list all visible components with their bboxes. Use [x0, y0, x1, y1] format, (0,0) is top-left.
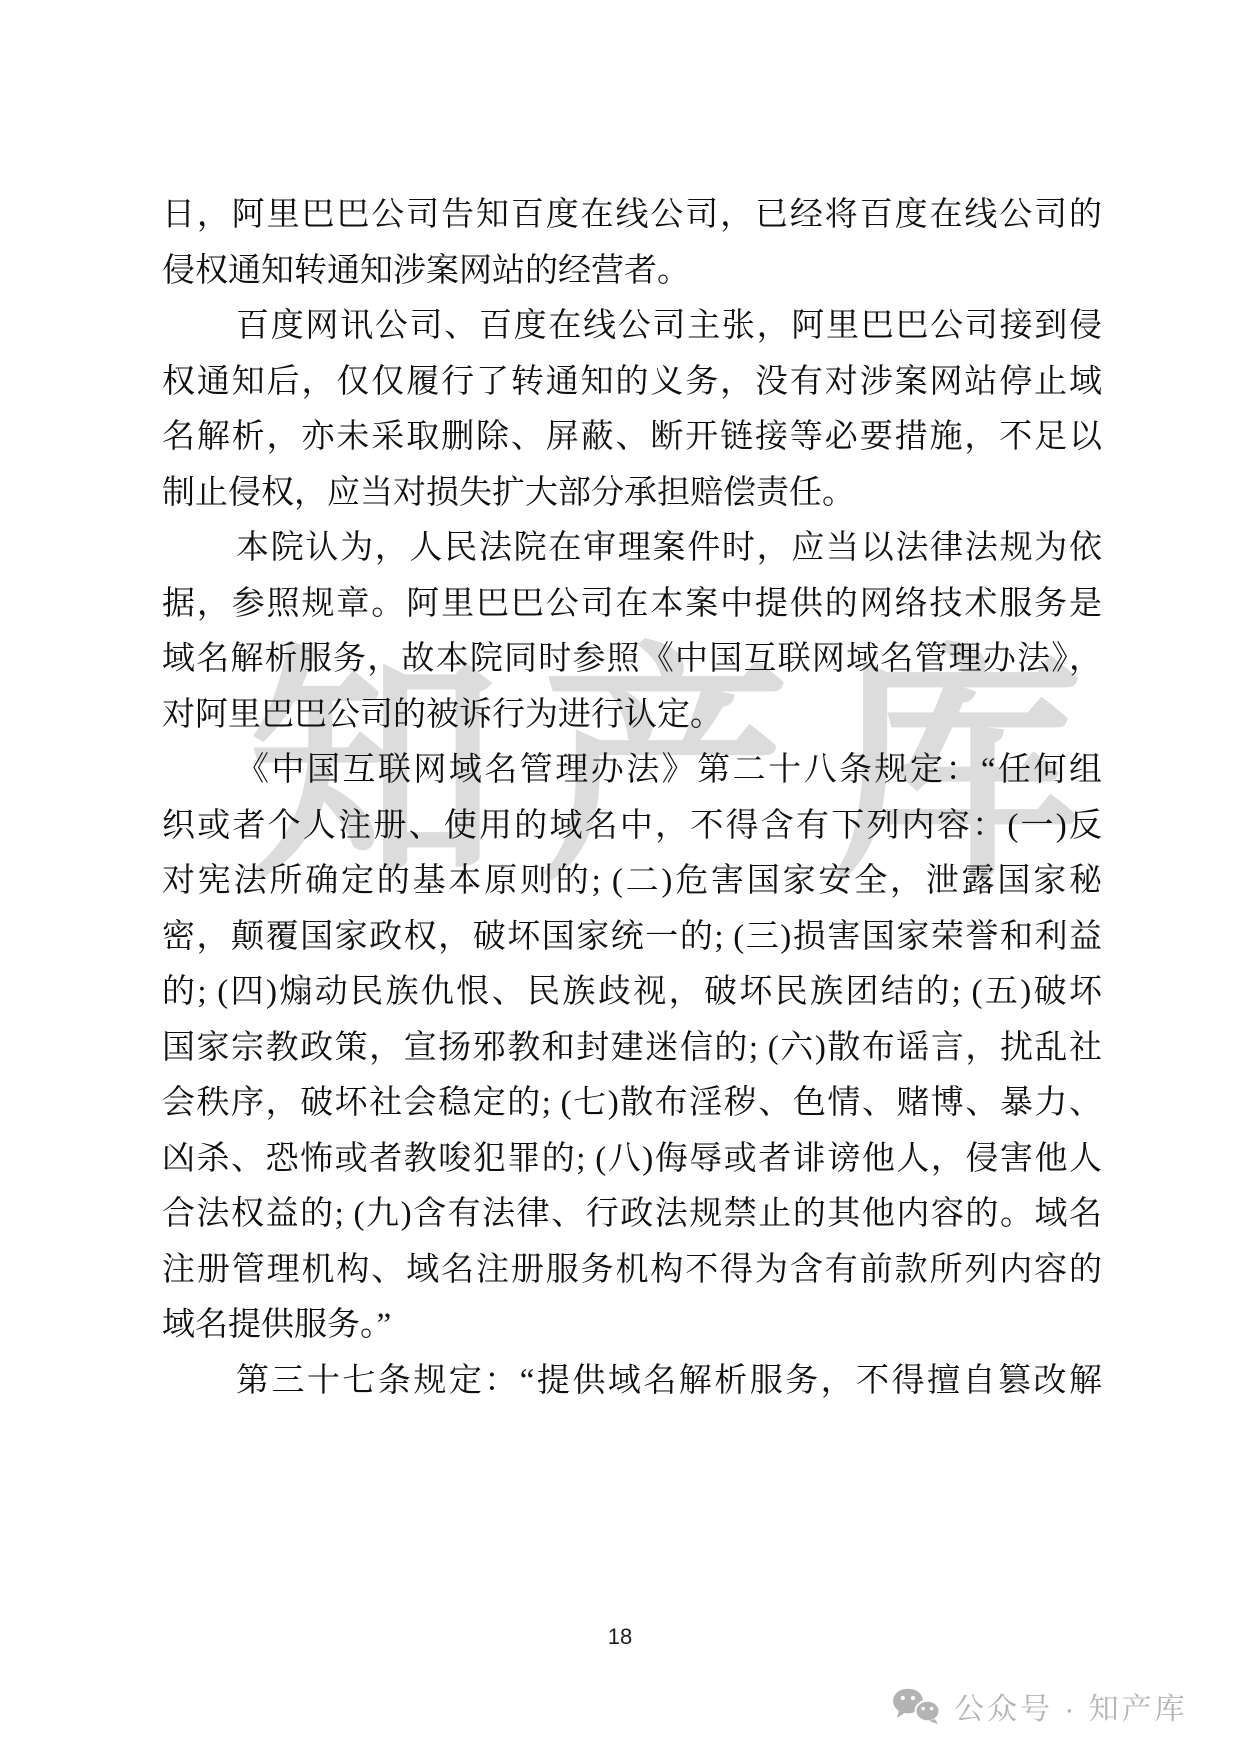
document-line: 注册管理机构、域名注册服务机构不得为含有前款所列内容的 [162, 1243, 1102, 1299]
page-number: 18 [0, 1624, 1240, 1650]
document-line: 织或者个人注册、使用的域名中，不得含有下列内容：(一)反 [162, 799, 1102, 855]
document-line: 合法权益的; (九)含有法律、行政法规禁止的其他内容的。域名 [162, 1187, 1102, 1243]
document-line: 据，参照规章。阿里巴巴公司在本案中提供的网络技术服务是 [162, 577, 1102, 633]
document-line: 域名提供服务。” [162, 1298, 1102, 1354]
wechat-icon [892, 1688, 942, 1724]
document-line: 侵权通知转通知涉案网站的经营者。 [162, 244, 1102, 300]
document-page: 知产库 日，阿里巴巴公司告知百度在线公司，已经将百度在线公司的侵权通知转通知涉案… [0, 0, 1240, 1753]
document-line: 会秩序，破坏社会稳定的; (七)散布淫秽、色情、赌博、暴力、 [162, 1076, 1102, 1132]
document-line: 的; (四)煽动民族仇恨、民族歧视，破坏民族团结的; (五)破坏 [162, 965, 1102, 1021]
document-line: 第三十七条规定：“提供域名解析服务，不得擅自篡改解 [162, 1354, 1102, 1410]
document-line: 密，颠覆国家政权，破坏国家统一的; (三)损害国家荣誉和利益 [162, 910, 1102, 966]
footer-brand-label: 公众号 · 知产库 [954, 1684, 1188, 1728]
document-body: 日，阿里巴巴公司告知百度在线公司，已经将百度在线公司的侵权通知转通知涉案网站的经… [162, 188, 1102, 1409]
document-line: 权通知后，仅仅履行了转通知的义务，没有对涉案网站停止域 [162, 355, 1102, 411]
document-line: 凶杀、恐怖或者教唆犯罪的; (八)侮辱或者诽谤他人，侵害他人 [162, 1132, 1102, 1188]
footer-brand: 公众号 · 知产库 [892, 1684, 1188, 1728]
document-line: 对宪法所确定的基本原则的; (二)危害国家安全，泄露国家秘 [162, 854, 1102, 910]
document-line: 《中国互联网域名管理办法》第二十八条规定：“任何组 [162, 743, 1102, 799]
document-line: 域名解析服务，故本院同时参照《中国互联网域名管理办法》， [162, 632, 1102, 688]
document-line: 日，阿里巴巴公司告知百度在线公司，已经将百度在线公司的 [162, 188, 1102, 244]
document-line: 百度网讯公司、百度在线公司主张，阿里巴巴公司接到侵 [162, 299, 1102, 355]
document-line: 名解析，亦未采取删除、屏蔽、断开链接等必要措施，不足以 [162, 410, 1102, 466]
document-line: 制止侵权，应当对损失扩大部分承担赔偿责任。 [162, 466, 1102, 522]
document-line: 国家宗教政策，宣扬邪教和封建迷信的; (六)散布谣言，扰乱社 [162, 1021, 1102, 1077]
document-line: 本院认为，人民法院在审理案件时，应当以法律法规为依 [162, 521, 1102, 577]
document-line: 对阿里巴巴公司的被诉行为进行认定。 [162, 688, 1102, 744]
